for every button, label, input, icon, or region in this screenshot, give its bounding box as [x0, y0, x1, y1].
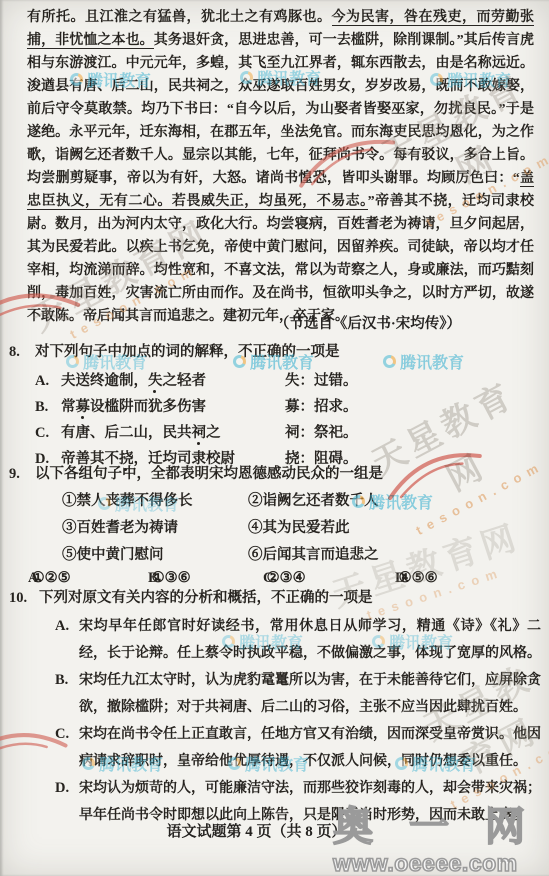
choice-value: ①③⑥ — [152, 570, 191, 587]
exam-page: 腾讯教育 腾讯教育 腾讯教育 腾讯教育 腾讯教育 腾讯教育 腾讯教育 腾讯教育 … — [0, 0, 549, 876]
question-stem: 以下各组句子中，全都表明宋均恩德感动民众的一组是 — [35, 464, 383, 485]
option-sentence: 夫送终逾制， — [61, 373, 148, 389]
question-stem: 对下列句子中加点的词的解释，不正确的一项是 — [35, 342, 340, 363]
option-row-a: A. 宋均早年任郎官时好读经书，常用休息日从师学习，精通《诗》《礼》二经，长于论… — [55, 613, 541, 667]
question-number: 9. — [9, 464, 35, 485]
choice-d: D. ④⑤⑥ — [395, 570, 399, 587]
option-letter: A. — [35, 371, 61, 391]
question-number: 10. — [9, 588, 39, 609]
choice-c: C. ②③④ — [263, 570, 267, 587]
option-row-b: B. 宋均任九江太守时，认为虎豹鼋鼍所以为害，在于未能善待它们，应屏除贪欲，撤除… — [55, 667, 541, 721]
option-row-c: C. 宋均在尚书令任上正直敢言，任地方官又有治绩，因而深受皇帝赏识。他因病请求辞… — [55, 721, 541, 775]
question-10: 10. 下列对原文有关内容的分析和概括，不正确的一项是 A. 宋均早年任郎官时好… — [9, 588, 541, 829]
emphasized-char: 募 — [76, 399, 91, 415]
option-row-c: C.有唐、后二山，民共祠之 祠：祭祀。 — [35, 423, 541, 443]
option-letter: C. — [55, 721, 79, 775]
question-8: 8. 对下列句子中加点的词的解释，不正确的一项是 A.夫送终逾制，失之轻者 失：… — [9, 342, 541, 475]
reading-passage: 有所托。且江淮之有猛兽，犹北土之有鸡豚也。今为民害，咎在残吏，而劳勤张捕，非忧恤… — [27, 6, 534, 328]
numbered-sentence: ③百姓耆老为祷请 — [62, 518, 248, 538]
oeeee-watermark-label: 奥一网 — [333, 806, 549, 848]
option-sentence: 常 — [61, 399, 76, 415]
passage-segment: 其务退奸贪，思进忠善，可一去槛阱，除削课制。”其后传言虎相与东游渡江。中元元年，… — [27, 33, 534, 186]
question-9: 9. 以下各组句子中，全都表明宋均恩德感动民众的一组是 ①禁人丧葬不得侈长 ②诣… — [9, 464, 541, 592]
choice-value: ①②⑤ — [32, 570, 71, 587]
choice-b: B. ①③⑥ — [148, 570, 152, 587]
numbered-sentence: ④其为民爱若此 — [248, 518, 541, 538]
option-row-b: B.常募设槛阱而犹多伤害 募：招求。 — [35, 397, 541, 417]
option-text: 宋均早年任郎官时好读经书，常用休息日从师学习，精通《诗》《礼》二经，长于论辩。任… — [79, 613, 541, 667]
option-letter: C. — [35, 423, 61, 443]
page-content: 有所托。且江淮之有猛兽，犹北土之有鸡豚也。今为民害，咎在残吏，而劳勤张捕，非忧恤… — [0, 0, 549, 876]
numbered-sentence: ②诣阙乞还者数千人 — [248, 491, 541, 511]
passage-segment: ”帝善其不挠，迁均司隶校尉。数月，出为河内太守，政化大行。均尝寝病，百姓耆老为祷… — [27, 194, 534, 324]
option-sentence: 之轻者 — [163, 373, 207, 389]
option-sentence: 之 — [206, 425, 221, 441]
oeeee-watermark-url: www.oeeee.com — [333, 850, 549, 876]
option-sentence: 有唐、后二山，民共 — [61, 425, 192, 441]
question-number: 8. — [9, 342, 35, 363]
oeeee-watermark: 奥一网 www.oeeee.com — [333, 806, 549, 876]
choice-a: A. ①②⑤ — [28, 570, 32, 587]
option-letter: B. — [55, 667, 79, 721]
option-text: 宋均任九江太守时，认为虎豹鼋鼍所以为害，在于未能善待它们，应屏除贪欲，撤除槛阱；… — [79, 667, 541, 721]
option-letter: A. — [55, 613, 79, 667]
passage-segment: 有所托。且江淮之有猛兽，犹北土之有鸡豚也。 — [27, 10, 332, 25]
option-sentence: 设槛阱而犹多伤害 — [90, 399, 206, 415]
question-stem: 下列对原文有关内容的分析和概括，不正确的一项是 — [39, 588, 373, 609]
numbered-sentence: ⑥后闻其言而追悲之 — [248, 545, 541, 565]
option-text: 宋均在尚书令任上正直敢言，任地方官又有治绩，因而深受皇帝赏识。他因病请求辞职时，… — [79, 721, 541, 775]
passage-source: （节选自《后汉书·宋均传》） — [275, 312, 461, 333]
option-gloss: 祠：祭祀。 — [285, 423, 358, 443]
choice-value: ④⑤⑥ — [399, 570, 438, 587]
emphasized-char: 失 — [148, 373, 163, 389]
option-row-a: A.夫送终逾制，失之轻者 失：过错。 — [35, 371, 541, 391]
emphasized-char: 祠 — [192, 425, 207, 441]
option-gloss: 失：过错。 — [285, 371, 358, 391]
option-letter: B. — [35, 397, 61, 417]
option-gloss: 募：招求。 — [285, 397, 358, 417]
numbered-sentence: ⑤使中黄门慰问 — [62, 545, 248, 565]
choice-value: ②③④ — [267, 570, 306, 587]
numbered-sentence: ①禁人丧葬不得侈长 — [62, 491, 248, 511]
